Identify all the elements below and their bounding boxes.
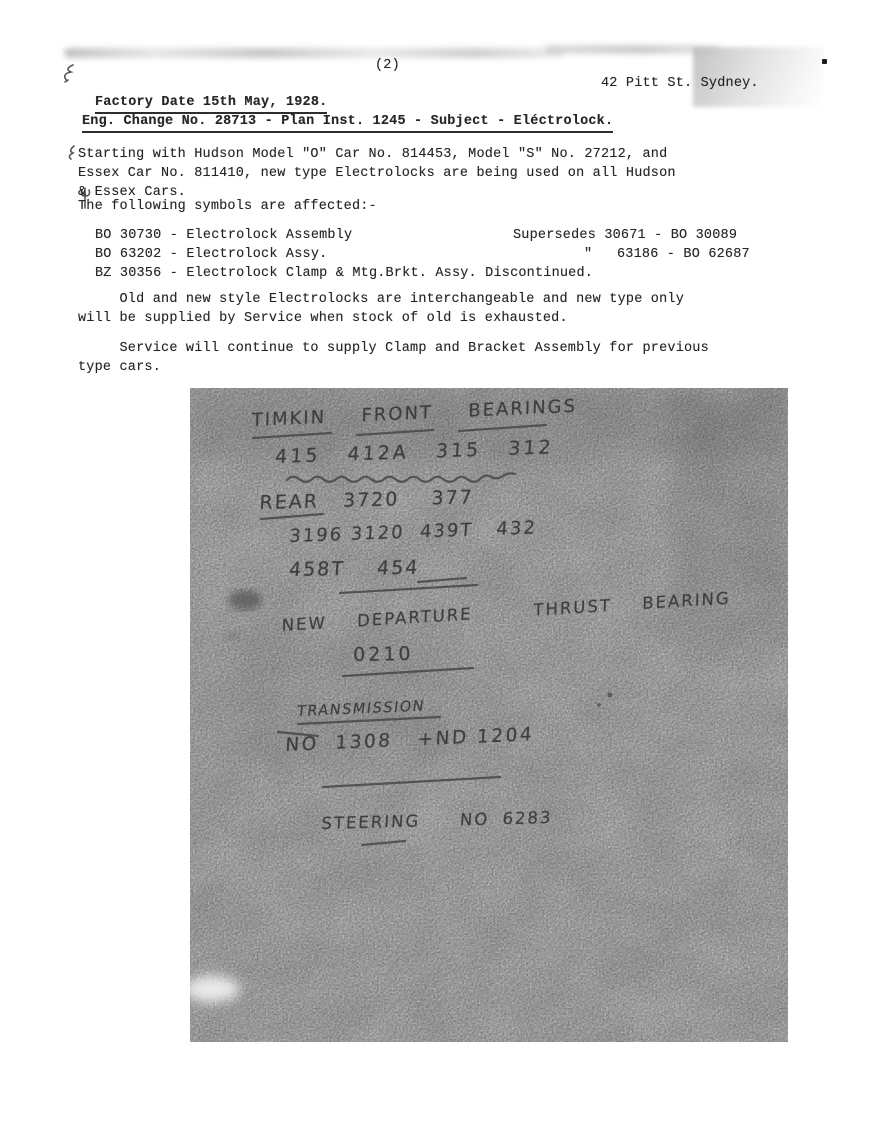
symbol-row-note: 63186 - BO 62687: [617, 247, 750, 263]
address-line: 42 Pitt St. Sydney.: [601, 76, 759, 92]
para-line: Service will continue to supply Clamp an…: [78, 341, 709, 357]
symbol-row-part: BO 30730 - Electrolock Assembly: [95, 228, 352, 244]
page-number: (2): [375, 58, 400, 74]
intro-line: Starting with Hudson Model "O" Car No. 8…: [78, 147, 667, 163]
intro-line: The following symbols are affected:-: [78, 199, 377, 215]
intro-line: Essex Car No. 811410, new type Electrolo…: [78, 166, 676, 182]
para-line: type cars.: [78, 360, 161, 376]
para-line: will be supplied by Service when stock o…: [78, 311, 568, 327]
symbol-row-note: Supersedes 30671 - BO 30089: [513, 228, 737, 244]
pencil-squiggle: [65, 65, 73, 82]
pencil-mark-icon: [66, 144, 78, 160]
scan-edge-smudge: [64, 48, 564, 58]
ink-speck: [822, 59, 827, 64]
symbol-row-part: BO 63202 - Electrolock Assy.: [95, 247, 327, 263]
scanned-document-page: (2) 42 Pitt St. Sydney. Factory Date 15t…: [0, 0, 884, 1144]
pencil-squiggle: [69, 146, 74, 159]
para-line: Old and new style Electrolocks are inter…: [78, 292, 684, 308]
hw-rear-numbers: 458T 454: [288, 557, 420, 581]
hw-new-departure-number: 0210: [353, 643, 414, 666]
pencil-mark-icon: [60, 62, 78, 84]
ditto-mark: ": [584, 247, 592, 263]
symbol-row-part: BZ 30356 - Electrolock Clamp & Mtg.Brkt.…: [95, 266, 593, 282]
factory-date-line: Factory Date 15th May, 1928.: [95, 95, 327, 114]
eng-change-line: Eng. Change No. 28713 - Plan Inst. 1245 …: [82, 114, 613, 133]
handwritten-note-photo: TIMKIN FRONT BEARINGS 415 412A 315 312 R…: [190, 388, 788, 1042]
